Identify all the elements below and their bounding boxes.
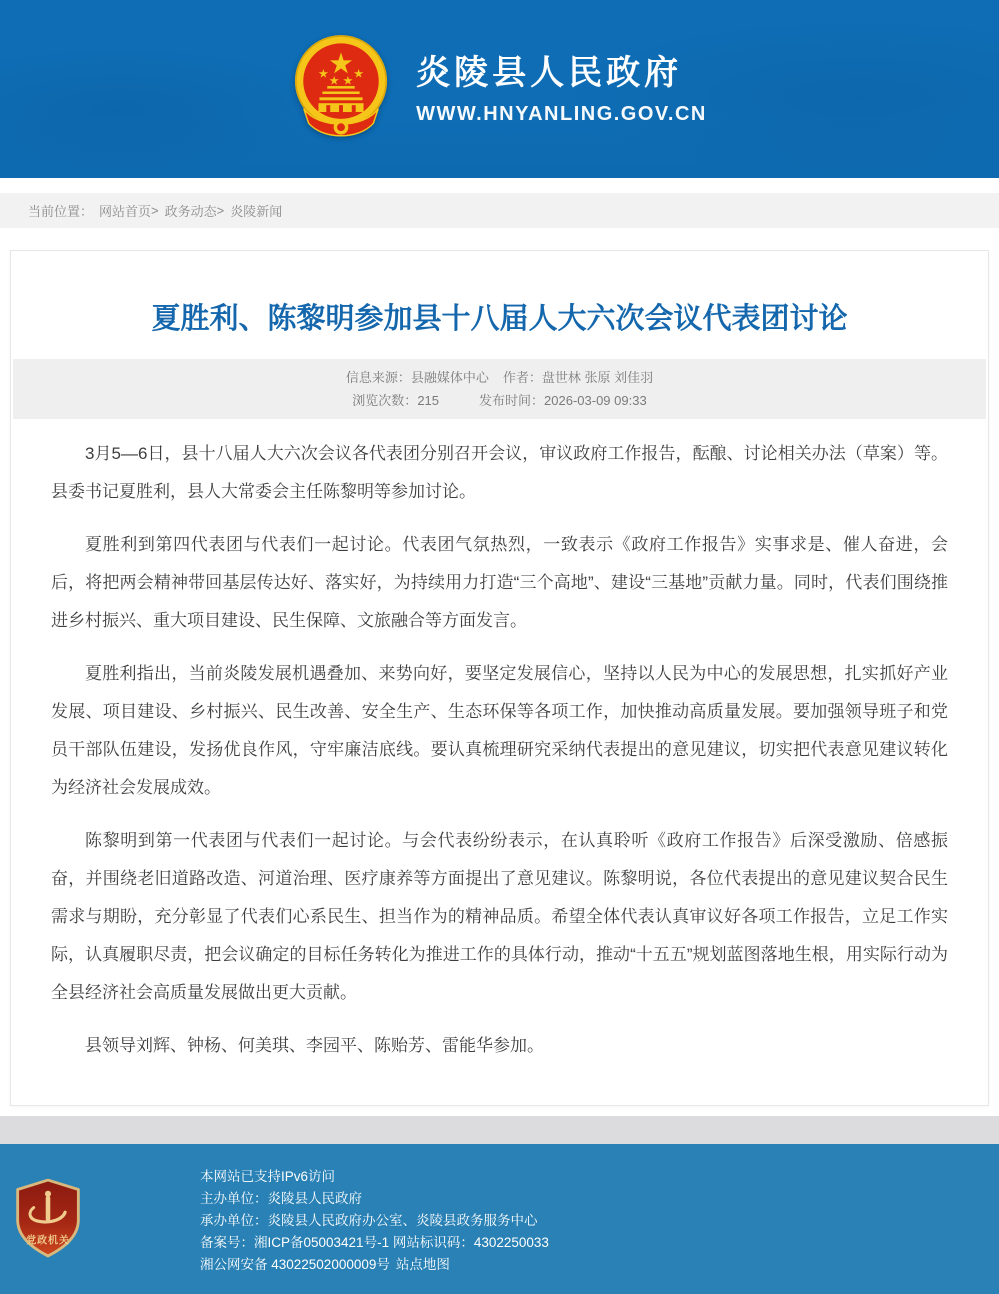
site-identity: 炎陵县人民政府 WWW.HNYANLING.GOV.CN xyxy=(416,53,707,126)
svg-text:★: ★ xyxy=(354,69,364,80)
breadcrumb-item-gov-news[interactable]: 政务动态 xyxy=(165,201,217,220)
article-paragraph: 夏胜利指出，当前炎陵发展机遇叠加、来势向好，要坚定发展信心，坚持以人民为中心的发… xyxy=(51,655,948,807)
meta-line-2: 浏览次数：215发布时间：2026-03-09 09:33 xyxy=(13,389,986,412)
svg-text:★: ★ xyxy=(319,69,329,80)
article-paragraph: 3月5—6日，县十八届人大六次会议各代表团分别召开会议，审议政府工作报告，酝酿、… xyxy=(51,435,948,511)
breadcrumb-item-yanling-news[interactable]: 炎陵新闻 xyxy=(230,201,282,220)
site-header: ★ ★ ★ ★ ★ 炎陵县人民政府 WWW.HNYANLING.GOV.CN xyxy=(0,0,999,178)
national-emblem-icon: ★ ★ ★ ★ ★ xyxy=(292,32,390,146)
footer-info: 本网站已支持IPv6访问 主办单位：炎陵县人民政府 承办单位：炎陵县人民政府办公… xyxy=(200,1166,549,1276)
article-meta: 信息来源：县融媒体中心作者：盘世林 张原 刘佳羽 浏览次数：215发布时间：20… xyxy=(13,359,986,419)
meta-author-label: 作者： xyxy=(503,370,542,385)
sitemap-link[interactable]: 站点地图 xyxy=(396,1257,450,1272)
footer-organizer-unit: 承办单位：炎陵县人民政府办公室、炎陵县政务服务中心 xyxy=(200,1210,549,1232)
svg-text:★: ★ xyxy=(343,76,353,87)
footer-security-record: 湘公网安备 43022502000009号 xyxy=(200,1257,390,1272)
footer-divider-band xyxy=(0,1116,999,1144)
site-title: 炎陵县人民政府 xyxy=(416,53,707,93)
article-title: 夏胜利、陈黎明参加县十八届人大六次会议代表团讨论 xyxy=(35,299,964,339)
meta-source-label: 信息来源： xyxy=(346,370,411,385)
footer-ipv6: 本网站已支持IPv6访问 xyxy=(200,1166,549,1188)
article-container: 夏胜利、陈黎明参加县十八届人大六次会议代表团讨论 信息来源：县融媒体中心作者：盘… xyxy=(10,250,989,1106)
site-logo-group[interactable]: ★ ★ ★ ★ ★ 炎陵县人民政府 WWW.HNYANLING.GOV.CN xyxy=(292,32,707,146)
meta-source-value: 县融媒体中心 xyxy=(411,370,489,385)
breadcrumb-label: 当前位置： xyxy=(28,201,93,220)
article-body: 3月5—6日，县十八届人大六次会议各代表团分别召开会议，审议政府工作报告，酝酿、… xyxy=(11,419,988,1065)
article-paragraph: 县领导刘辉、钟杨、何美琪、李园平、陈贻芳、雷能华参加。 xyxy=(51,1027,948,1065)
article-paragraph: 陈黎明到第一代表团与代表们一起讨论。与会代表纷纷表示，在认真聆听《政府工作报告》… xyxy=(51,822,948,1012)
footer-host-unit: 主办单位：炎陵县人民政府 xyxy=(200,1188,549,1210)
site-footer: 党政机关 本网站已支持IPv6访问 主办单位：炎陵县人民政府 承办单位：炎陵县人… xyxy=(0,1144,999,1294)
site-url: WWW.HNYANLING.GOV.CN xyxy=(416,103,707,126)
meta-author-value: 盘世林 张原 刘佳羽 xyxy=(542,370,653,385)
footer-security-row: 湘公网安备 43022502000009号站点地图 xyxy=(200,1254,549,1276)
page: { "header": { "site_title": "炎陵县人民政府", "… xyxy=(0,0,999,1294)
breadcrumb-separator: > xyxy=(217,203,225,218)
footer-icp-record: 备案号：湘ICP备05003421号-1 网站标识码：4302250033 xyxy=(200,1232,549,1254)
party-government-badge-icon[interactable]: 党政机关 xyxy=(11,1177,85,1259)
article-paragraph: 夏胜利到第四代表团与代表们一起讨论。代表团气氛热烈，一致表示《政府工作报告》实事… xyxy=(51,526,948,640)
breadcrumb-separator: > xyxy=(151,203,159,218)
breadcrumb-item-home[interactable]: 网站首页 xyxy=(99,201,151,220)
badge-label: 党政机关 xyxy=(26,1234,70,1247)
breadcrumb: 当前位置： 网站首页 > 政务动态 > 炎陵新闻 xyxy=(0,193,999,228)
svg-text:★: ★ xyxy=(329,76,339,87)
meta-line-1: 信息来源：县融媒体中心作者：盘世林 张原 刘佳羽 xyxy=(13,366,986,389)
svg-text:★: ★ xyxy=(329,50,353,76)
meta-views-label: 浏览次数： xyxy=(352,393,417,408)
meta-views-value: 215 xyxy=(417,393,439,408)
meta-time-label: 发布时间： xyxy=(479,393,544,408)
meta-time-value: 2026-03-09 09:33 xyxy=(544,393,647,408)
